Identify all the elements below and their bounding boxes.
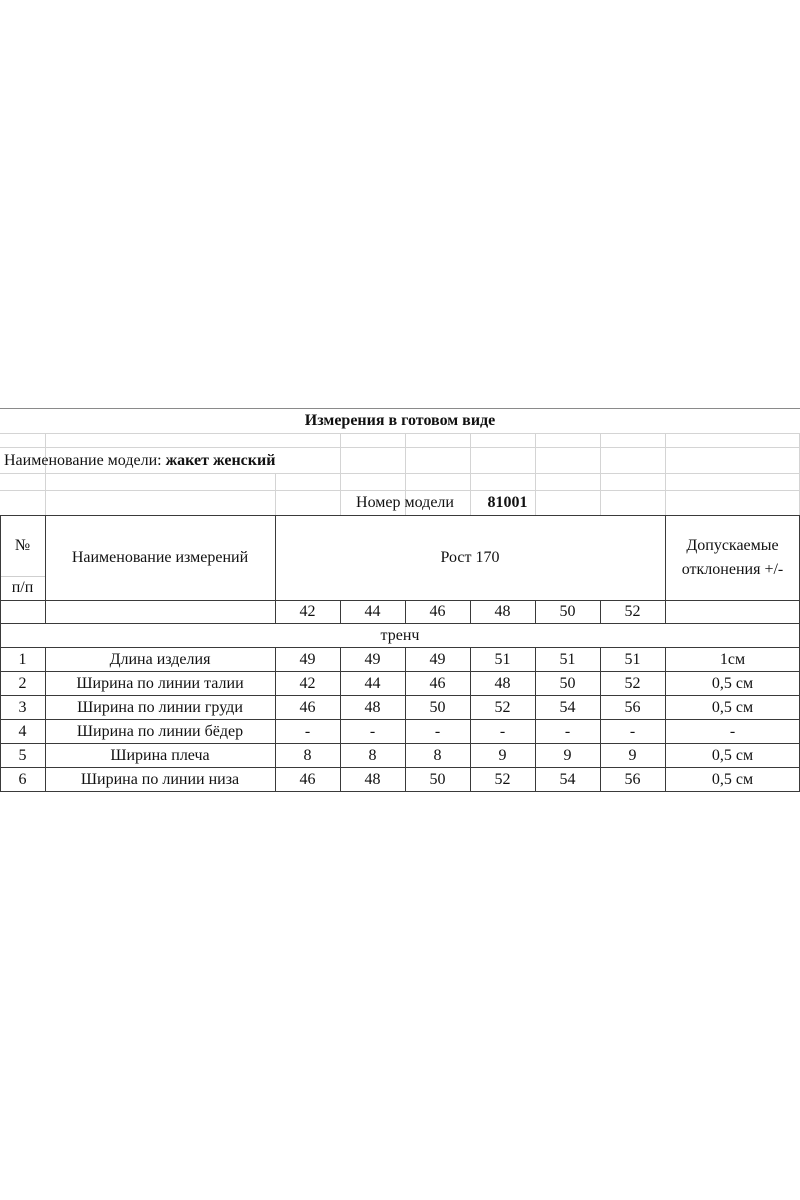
header-num-bottom: п/п [0, 576, 45, 600]
tolerance-value: 0,5 см [665, 768, 800, 791]
model-name-value: жакет женский [166, 453, 276, 469]
measurement-name: Ширина по линии талии [45, 672, 275, 695]
size-value: 50 [405, 768, 470, 791]
measurement-name: Ширина по линии бёдер [45, 720, 275, 743]
size-value: 52 [600, 672, 665, 695]
size-value: 8 [405, 744, 470, 767]
section-label: тренч [0, 624, 800, 647]
size-value: 50 [405, 696, 470, 719]
header-tolerance-line1: Допускаемые [686, 534, 778, 558]
size-value: 42 [275, 672, 340, 695]
size-value: 52 [470, 768, 535, 791]
size-value: 48 [340, 768, 405, 791]
size-value: - [275, 720, 340, 743]
size-header: 44 [340, 601, 405, 623]
header-height: Рост 170 [275, 516, 665, 600]
row-number: 3 [0, 696, 45, 719]
model-number-value: 81001 [470, 491, 545, 515]
tolerance-value: - [665, 720, 800, 743]
tolerance-value: 0,5 см [665, 744, 800, 767]
grid-line [600, 433, 601, 515]
row-number: 2 [0, 672, 45, 695]
size-value: 8 [340, 744, 405, 767]
size-value: 48 [340, 696, 405, 719]
header-tolerance-line2: отклонения +/- [682, 558, 783, 582]
size-value: - [340, 720, 405, 743]
grid-line [0, 791, 800, 792]
size-header: 48 [470, 601, 535, 623]
size-value: 49 [340, 648, 405, 671]
grid-line [45, 433, 46, 515]
model-name-label: Наименование модели: [4, 453, 162, 469]
model-name-row: Наименование модели: жакет женский [0, 448, 404, 473]
header-measurement: Наименование измерений [45, 516, 275, 600]
size-value: 48 [470, 672, 535, 695]
size-value: 54 [535, 768, 600, 791]
size-value: 46 [275, 696, 340, 719]
row-number: 1 [0, 648, 45, 671]
header-tolerance: Допускаемые отклонения +/- [665, 516, 800, 600]
grid-line [665, 433, 666, 515]
size-value: 52 [470, 696, 535, 719]
size-value: - [405, 720, 470, 743]
size-header: 52 [600, 601, 665, 623]
grid-line [0, 433, 800, 434]
size-value: 51 [600, 648, 665, 671]
row-number: 4 [0, 720, 45, 743]
measurement-sheet: Измерения в готовом виде Наименование мо… [0, 0, 800, 1200]
tolerance-value: 0,5 см [665, 696, 800, 719]
measurement-name: Длина изделия [45, 648, 275, 671]
size-value: - [600, 720, 665, 743]
tolerance-value: 0,5 см [665, 672, 800, 695]
grid-line [340, 433, 341, 448]
size-value: 56 [600, 696, 665, 719]
header-num-top: № [0, 516, 45, 576]
size-value: 49 [275, 648, 340, 671]
size-value: 44 [340, 672, 405, 695]
measurement-name: Ширина по линии низа [45, 768, 275, 791]
size-value: 56 [600, 768, 665, 791]
size-value: 46 [275, 768, 340, 791]
grid-line [275, 473, 276, 515]
sheet-title: Измерения в готовом виде [0, 409, 800, 433]
size-header: 50 [535, 601, 600, 623]
size-value: 9 [600, 744, 665, 767]
tolerance-value: 1см [665, 648, 800, 671]
size-value: 9 [470, 744, 535, 767]
measurement-name: Ширина плеча [45, 744, 275, 767]
size-header: 46 [405, 601, 470, 623]
size-value: 50 [535, 672, 600, 695]
size-value: - [535, 720, 600, 743]
size-value: 46 [405, 672, 470, 695]
size-value: 49 [405, 648, 470, 671]
row-number: 6 [0, 768, 45, 791]
size-value: 51 [470, 648, 535, 671]
size-value: 8 [275, 744, 340, 767]
size-value: - [470, 720, 535, 743]
grid-line [0, 473, 800, 474]
size-header: 42 [275, 601, 340, 623]
size-value: 9 [535, 744, 600, 767]
row-number: 5 [0, 744, 45, 767]
model-number-label: Номер модели [340, 491, 470, 515]
size-value: 54 [535, 696, 600, 719]
size-value: 51 [535, 648, 600, 671]
measurement-name: Ширина по линии груди [45, 696, 275, 719]
